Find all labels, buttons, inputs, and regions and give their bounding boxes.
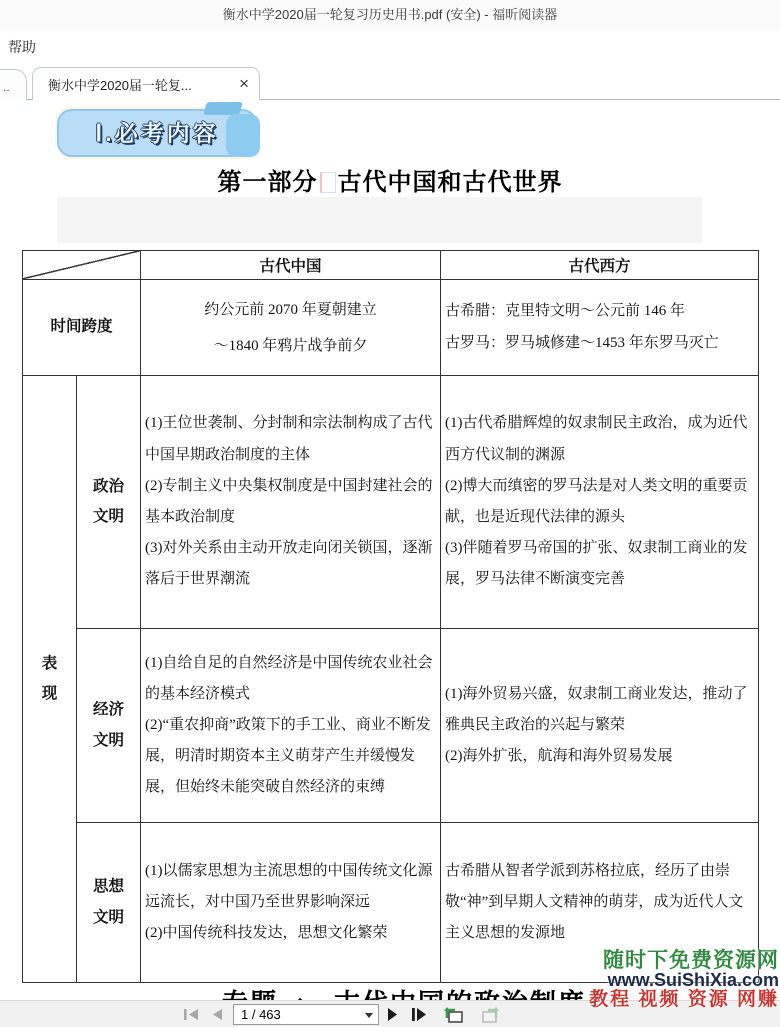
next-page-icon[interactable] — [383, 1001, 401, 1027]
table-row-politics: 表 现 政治 文明 (1)王位世袭制、分封制和宗法制构成了古代中国早期政治制度的… — [23, 376, 759, 629]
watermark-site-name: 随时下免费资源网 — [589, 950, 779, 971]
section-badge: Ⅰ.必考内容 — [57, 109, 257, 157]
table-header-row: 古代中国 古代西方 — [23, 251, 759, 280]
last-page-icon[interactable] — [407, 1001, 431, 1027]
cell-economy-china: (1)自给自足的自然经济是中国传统农业社会的基本经济模式 (2)“重农抑商”政策… — [141, 629, 441, 823]
app-window: 衡水中学2020届一轮复习历史用书.pdf (安全) - 福昕阅读器 帮助 ..… — [0, 0, 780, 1027]
cell-politics-west: (1)古代希腊辉煌的奴隶制民主政治，成为近代西方代议制的渊源 (2)博大而缜密的… — [441, 376, 759, 629]
watermark-keywords: 教程 视频 资源 网赚 — [589, 990, 779, 1009]
part-title-suffix: 古代中国和古代世界 — [338, 169, 563, 196]
tab-label: 衡水中学2020届一轮复... — [48, 75, 192, 94]
next-view-icon[interactable] — [474, 1001, 502, 1027]
tab-document[interactable]: 衡水中学2020届一轮复... × — [32, 67, 260, 100]
cell-politics-china: (1)王位世袭制、分封制和宗法制构成了古代中国早期政治制度的主体 (2)专制主义… — [141, 376, 441, 629]
table-row-timespan: 时间跨度 约公元前 2070 年夏朝建立 ～1840 年鸦片战争前夕 古希腊：克… — [23, 280, 759, 376]
diagonal-header-cell — [23, 251, 141, 280]
tab-close-icon[interactable]: × — [239, 77, 249, 91]
page-number-value: 1 / 463 — [241, 1007, 281, 1022]
tab-bar: .. 衡水中学2020届一轮复... × — [0, 60, 780, 100]
row-label-economy: 经济 文明 — [77, 629, 141, 823]
diagonal-line — [23, 251, 140, 279]
cell-economy-west: (1)海外贸易兴盛，奴隶制工商业发达，推动了雅典民主政治的兴起与繁荣 (2)海外… — [441, 629, 759, 823]
section-badge-label: Ⅰ.必考内容 — [59, 111, 255, 155]
cell-thought-china: (1)以儒家思想为主流思想的中国传统文化源远流长，对中国乃至世界影响深远 (2)… — [141, 823, 441, 983]
comparison-table: 古代中国 古代西方 时间跨度 约公元前 2070 年夏朝建立 ～1840 年鸦片… — [22, 250, 759, 983]
cell-timespan-china: 约公元前 2070 年夏朝建立 ～1840 年鸦片战争前夕 — [141, 280, 441, 376]
row-label-timespan: 时间跨度 — [23, 280, 141, 376]
page-dropdown-icon[interactable] — [365, 1013, 373, 1018]
first-page-icon[interactable] — [180, 1001, 202, 1027]
cell-timespan-west: 古希腊：克里特文明～公元前 146 年 古罗马：罗马城修建～1453 年东罗马灭… — [441, 280, 759, 376]
part-title-prefix: 第一部分 — [218, 169, 318, 196]
page-number-input[interactable]: 1 / 463 — [233, 1004, 379, 1025]
table-row-economy: 经济 文明 (1)自给自足的自然经济是中国传统农业社会的基本经济模式 (2)“重… — [23, 629, 759, 823]
previous-page-icon[interactable] — [208, 1001, 226, 1027]
previous-view-icon[interactable] — [440, 1001, 468, 1027]
missing-glyph-box — [320, 172, 336, 193]
pdf-page: Ⅰ.必考内容 第一部分古代中国和古代世界 古代中国 古代西方 时间跨度 约公元前… — [0, 100, 780, 1000]
window-title: 衡水中学2020届一轮复习历史用书.pdf (安全) - 福昕阅读器 — [223, 7, 557, 22]
next-topic-heading-clipped: 专题一 古代中国的政治制度 — [222, 983, 642, 1000]
watermark-url: www.SuiShiXia.com — [589, 971, 779, 989]
tab-overflow[interactable]: .. — [0, 69, 27, 100]
part-title: 第一部分古代中国和古代世界 — [0, 162, 780, 197]
scan-shadow — [57, 197, 702, 243]
window-titlebar: 衡水中学2020届一轮复习历史用书.pdf (安全) - 福昕阅读器 — [0, 0, 780, 30]
column-header-china: 古代中国 — [141, 251, 441, 280]
menu-item-help[interactable]: 帮助 — [3, 35, 41, 59]
row-label-politics: 政治 文明 — [77, 376, 141, 629]
row-label-performance: 表 现 — [23, 376, 77, 983]
column-header-west: 古代西方 — [441, 251, 759, 280]
watermark: 随时下免费资源网 www.SuiShiXia.com 教程 视频 资源 网赚 — [589, 950, 779, 1009]
menu-bar: 帮助 — [0, 30, 780, 60]
row-label-thought: 思想 文明 — [77, 823, 141, 983]
